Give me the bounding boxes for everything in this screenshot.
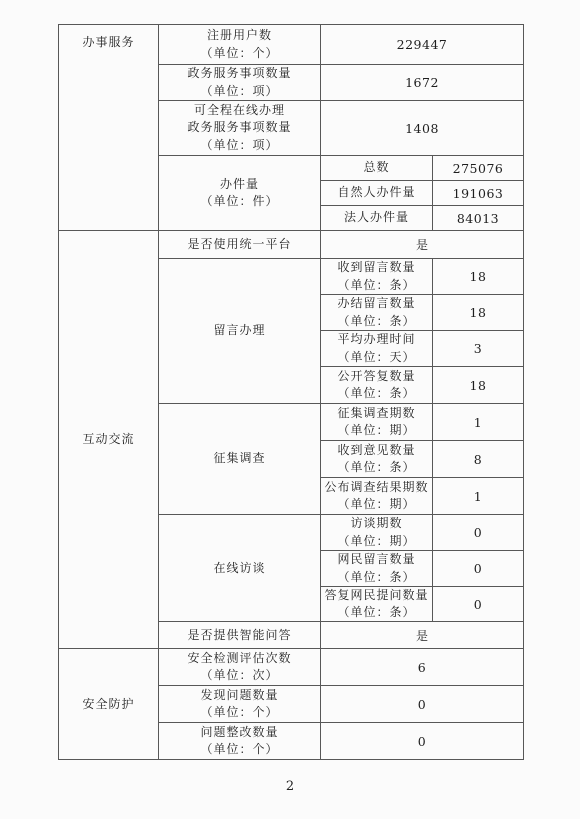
- subgroup-label-cell: 征集调查: [159, 404, 321, 515]
- metric-label: 是否提供智能问答: [159, 627, 320, 644]
- sub-metric-label: 征集调查期数 （单位：期）: [321, 404, 433, 441]
- sub-metric-label: 公布调查结果期数 （单位：期）: [321, 478, 433, 515]
- metric-label: 政务服务事项数量: [159, 119, 320, 136]
- sub-metric-value: 18: [433, 367, 524, 404]
- subgroup-unit: （单位：件）: [159, 193, 320, 210]
- metric-unit: （单位：条）: [321, 569, 432, 586]
- sub-metric-label: 网民留言数量 （单位：条）: [321, 551, 433, 587]
- sub-metric-label: 访谈期数 （单位：期）: [321, 515, 433, 551]
- metric-unit: （单位：条）: [321, 385, 432, 402]
- metric-value: 0: [321, 686, 524, 723]
- metric-label: 安全检测评估次数: [159, 650, 320, 667]
- metric-label-cell: 发现问题数量 （单位：个）: [159, 686, 321, 723]
- metric-value: 是: [321, 231, 524, 259]
- metric-unit: （单位：条）: [321, 277, 432, 294]
- metric-label: 是否使用统一平台: [159, 236, 320, 253]
- subgroup-label: 留言办理: [159, 322, 320, 339]
- sub-metric-value: 191063: [433, 181, 524, 206]
- metric-unit: （单位：期）: [321, 533, 432, 550]
- metric-unit: （单位：条）: [321, 313, 432, 330]
- metric-label: 注册用户数: [159, 27, 320, 44]
- metric-unit: （单位：个）: [159, 704, 320, 721]
- sub-metric-value: 84013: [433, 206, 524, 231]
- sub-metric-value: 275076: [433, 156, 524, 181]
- metric-unit: （单位：个）: [159, 45, 320, 62]
- sub-metric-value: 1: [433, 478, 524, 515]
- sub-metric-label: 法人办件量: [321, 206, 433, 231]
- metric-value: 是: [321, 622, 524, 649]
- sub-metric-value: 1: [433, 404, 524, 441]
- metric-label-cell: 安全检测评估次数 （单位：次）: [159, 649, 321, 686]
- metric-label-cell: 是否使用统一平台: [159, 231, 321, 259]
- report-table: 办事服务 注册用户数 （单位：个） 229447 政务服务事项数量 （单位：项）…: [58, 24, 524, 760]
- metric-unit: （单位：项）: [159, 137, 320, 154]
- sub-metric-value: 0: [433, 515, 524, 551]
- subgroup-label-cell: 办件量 （单位：件）: [159, 156, 321, 231]
- metric-unit: （单位：条）: [321, 604, 432, 621]
- sub-metric-label: 答复网民提问数量 （单位：条）: [321, 587, 433, 622]
- subgroup-label: 征集调查: [159, 450, 320, 467]
- metric-value: 0: [321, 723, 524, 760]
- section-group-cell: 安全防护: [59, 649, 159, 760]
- metric-label: 可全程在线办理: [159, 102, 320, 119]
- sub-metric-label: 自然人办件量: [321, 181, 433, 206]
- metric-unit: （单位：项）: [159, 83, 320, 100]
- sub-metric-label: 平均办理时间 （单位：天）: [321, 331, 433, 367]
- sub-metric-value: 8: [433, 441, 524, 478]
- sub-metric-value: 0: [433, 551, 524, 587]
- metric-value: 1672: [321, 65, 524, 101]
- metric-unit: （单位：个）: [159, 741, 320, 758]
- table-row: 办事服务 注册用户数 （单位：个） 229447: [59, 25, 524, 65]
- subgroup-label: 办件量: [159, 176, 320, 193]
- sub-metric-label: 公开答复数量 （单位：条）: [321, 367, 433, 404]
- section-group-label: 办事服务: [59, 25, 158, 51]
- metric-label-cell: 注册用户数 （单位：个）: [159, 25, 321, 65]
- section-group-label: 安全防护: [59, 696, 158, 713]
- sub-metric-label: 收到意见数量 （单位：条）: [321, 441, 433, 478]
- metric-unit: （单位：期）: [321, 422, 432, 439]
- metric-unit: （单位：天）: [321, 349, 432, 366]
- section-group-cell: 办事服务: [59, 25, 159, 231]
- section-group-cell: 互动交流: [59, 231, 159, 649]
- metric-label-cell: 政务服务事项数量 （单位：项）: [159, 65, 321, 101]
- metric-unit: （单位：次）: [159, 667, 320, 684]
- page-number: 2: [0, 779, 580, 794]
- metric-label: 问题整改数量: [159, 724, 320, 741]
- sub-metric-value: 18: [433, 259, 524, 295]
- subgroup-label-cell: 留言办理: [159, 259, 321, 404]
- document-page: 办事服务 注册用户数 （单位：个） 229447 政务服务事项数量 （单位：项）…: [0, 0, 580, 819]
- metric-label-cell: 是否提供智能问答: [159, 622, 321, 649]
- metric-label: 发现问题数量: [159, 687, 320, 704]
- sub-metric-value: 18: [433, 295, 524, 331]
- table-row: 互动交流 是否使用统一平台 是: [59, 231, 524, 259]
- metric-value: 6: [321, 649, 524, 686]
- sub-metric-label: 收到留言数量 （单位：条）: [321, 259, 433, 295]
- sub-metric-value: 3: [433, 331, 524, 367]
- subgroup-label-cell: 在线访谈: [159, 515, 321, 622]
- sub-metric-label: 办结留言数量 （单位：条）: [321, 295, 433, 331]
- metric-label-cell: 问题整改数量 （单位：个）: [159, 723, 321, 760]
- subgroup-label: 在线访谈: [159, 560, 320, 577]
- sub-metric-value: 0: [433, 587, 524, 622]
- metric-label: 政务服务事项数量: [159, 65, 320, 82]
- metric-value: 1408: [321, 101, 524, 156]
- section-group-label: 互动交流: [59, 431, 158, 448]
- metric-label-cell: 可全程在线办理 政务服务事项数量 （单位：项）: [159, 101, 321, 156]
- table-row: 安全防护 安全检测评估次数 （单位：次） 6: [59, 649, 524, 686]
- metric-unit: （单位：期）: [321, 496, 432, 513]
- sub-metric-label: 总数: [321, 156, 433, 181]
- metric-value: 229447: [321, 25, 524, 65]
- metric-unit: （单位：条）: [321, 459, 432, 476]
